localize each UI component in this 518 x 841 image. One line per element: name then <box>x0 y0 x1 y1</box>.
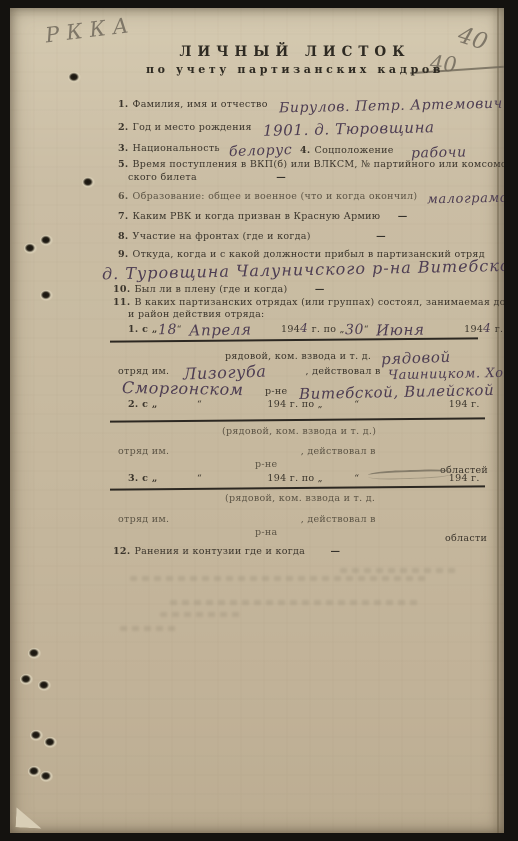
entry-1-acted-label: , действовал в <box>306 366 381 377</box>
field-3-number: 3. <box>118 143 129 154</box>
entry-2-district-label-row: р-не <box>255 459 277 470</box>
spacer <box>161 480 197 481</box>
field-9-value: д. Туровщина Чалуничского р-на Витебской… <box>102 254 504 284</box>
field-12-value: — <box>330 546 340 557</box>
punch-hole <box>82 177 95 188</box>
entry-2-year-stub2: 194 <box>449 399 468 410</box>
field-4-number: 4. <box>300 145 311 156</box>
section-divider <box>110 485 485 490</box>
field-6-label: Образование: общее и военное (что и когд… <box>133 191 418 202</box>
entry-3-district-label: р-на <box>255 527 278 538</box>
field-1-row: 1.Фамилия, имя и отчество Бирулов. Петр.… <box>118 98 504 114</box>
field-11-row: 11.В каких партизанских отрядах (или гру… <box>113 297 504 308</box>
entry-2-rank-row: (рядовой, ком. взвода и т. д.) <box>222 426 376 437</box>
field-7-number: 7. <box>118 211 129 222</box>
punch-hole <box>40 771 53 782</box>
field-7-label: Каким РВК и когда призван в Красную Арми… <box>133 211 381 222</box>
entry-3-mid: г. по „ <box>290 473 323 484</box>
section-divider <box>110 417 485 422</box>
entry-3-acted-label: , действовал в <box>301 514 376 525</box>
spacer <box>205 406 267 407</box>
spacer <box>173 453 301 454</box>
field-5-value: — <box>276 172 286 183</box>
entry-2-unit-row: отряд им. , действовал в <box>118 446 376 457</box>
punch-hole <box>38 680 51 691</box>
pencil-corner-note: РККА <box>44 13 137 48</box>
entry-2-quote2: “ <box>354 399 359 410</box>
field-2-number: 2. <box>118 122 129 133</box>
entry-1-day-from: 18 <box>157 322 176 338</box>
entry-3-region-label-row: области <box>445 533 487 544</box>
field-5-number: 5. <box>118 159 129 170</box>
spacer <box>326 480 354 481</box>
entry-1-month-to: Июня <box>376 320 425 339</box>
entry-1-month-from: Апреля <box>189 320 252 339</box>
punch-hole <box>40 235 53 246</box>
entry-3-quote2: “ <box>354 473 359 484</box>
spacer <box>255 331 281 332</box>
entry-2-prefix: 2. с „ <box>128 399 158 410</box>
entry-1-day-to: 30 <box>345 322 364 338</box>
field-1-number: 1. <box>118 99 129 110</box>
field-11-label-cont: и район действия отряда: <box>128 309 265 320</box>
field-11-row2: и район действия отряда: <box>128 309 265 320</box>
entry-2-suffix: г. <box>471 399 480 410</box>
field-8-label: Участие на фронтах (где и когда) <box>133 231 311 242</box>
entry-1-district-value: Сморгонском <box>122 378 244 399</box>
entry-1-district-label: р-не <box>265 386 287 397</box>
field-8-row: 8.Участие на фронтах (где и когда) — <box>118 231 386 242</box>
field-5-label: Время поступления в ВКП(б) или ВЛКСМ, № … <box>133 159 504 170</box>
entry-3-prefix: 3. с „ <box>128 473 158 484</box>
spacer <box>363 480 449 481</box>
field-6-number: 6. <box>118 191 129 202</box>
entry-2-district-label: р-не <box>255 459 277 470</box>
entry-1-year-hw: 4 <box>300 321 308 335</box>
field-11-number: 11. <box>113 297 130 308</box>
field-2-label: Год и место рождения <box>133 122 252 133</box>
entry-2-dates-row: 2. с „ “ 194 г. по „ “ 194 г. <box>128 399 480 410</box>
entry-3-year-stub2: 194 <box>449 473 468 484</box>
entry-2-acted-label: , действовал в <box>301 446 376 457</box>
spacer <box>173 521 301 522</box>
field-9-value-row: д. Туровщина Чалуничского р-на Витебской… <box>102 259 504 278</box>
field-2-value: 1901. д. Тюровщина <box>263 118 435 140</box>
field-1-value: Бирулов. Петр. Артемович. <box>279 96 504 117</box>
entry-2-unit-label: отряд им. <box>118 446 169 457</box>
entry-3-unit-row: отряд им. , действовал в <box>118 514 376 525</box>
torn-corner <box>15 807 42 828</box>
form-title-line1: ЛИЧНЫЙ ЛИСТОК <box>80 44 504 60</box>
paper-right-edge <box>497 8 499 833</box>
field-5-row2: ского билета — <box>128 172 286 183</box>
entry-1-year-stub2: 194 <box>464 324 483 335</box>
entry-1-mid: г. по „ <box>312 324 345 335</box>
entry-1-year-stub: 194 <box>281 324 300 335</box>
entry-3-unit-label: отряд им. <box>118 514 169 525</box>
bleed-through-stain <box>340 568 460 573</box>
form-title-line2: по учету партизанских кадров <box>80 63 504 76</box>
scanned-form-page: РККА 40 40 ЛИЧНЫЙ ЛИСТОК по учету партиз… <box>10 8 504 833</box>
spacer <box>270 373 306 374</box>
punch-hole <box>20 674 33 685</box>
entry-3-rank-label: (рядовой, ком. взвода и т. д. <box>225 493 375 504</box>
entry-1-suffix: г. <box>495 324 504 335</box>
bleed-through-stain <box>160 612 240 617</box>
entry-1-dates-row: 1. с „18“ Апреля 1944 г. по „30“ Июня 19… <box>128 321 503 339</box>
entry-2-quote: “ <box>197 399 202 410</box>
entry-1-district-row: Сморгонском р-не Витебской, Вилейской об… <box>122 379 504 401</box>
entry-3-region-label: области <box>445 533 487 544</box>
field-10-row: 10.Был ли в плену (где и когда) — <box>113 284 325 295</box>
field-7-row: 7.Каким РВК и когда призван в Красную Ар… <box>118 211 408 222</box>
field-8-number: 8. <box>118 231 129 242</box>
entry-1-prefix: 1. с „ <box>128 324 158 335</box>
field-2-row: 2.Год и место рождения 1901. д. Тюровщин… <box>118 120 435 138</box>
bleed-through-stain <box>170 600 420 605</box>
field-6-row: 6.Образование: общее и военное (что и ко… <box>118 191 504 206</box>
entry-1-quote2: “ <box>364 324 369 335</box>
entry-3-suffix: г. <box>471 473 480 484</box>
field-6-value: малограмотный. <box>427 190 504 208</box>
spacer <box>161 406 197 407</box>
form-title: ЛИЧНЫЙ ЛИСТОК по учету партизанских кадр… <box>80 44 504 76</box>
field-5-label-cont: ского билета <box>128 172 197 183</box>
entry-2-year-stub: 194 <box>267 399 286 410</box>
field-12-number: 12. <box>113 546 130 557</box>
spacer <box>363 406 449 407</box>
spacer <box>326 406 354 407</box>
field-3-label: Национальность <box>133 143 220 154</box>
field-10-number: 10. <box>113 284 130 295</box>
field-10-label: Был ли в плену (где и когда) <box>134 284 287 295</box>
field-10-value: — <box>315 284 325 295</box>
field-5-row: 5.Время поступления в ВКП(б) или ВЛКСМ, … <box>118 159 504 170</box>
bleed-through-stain <box>130 576 430 581</box>
entry-3-dates-row: 3. с „ “ 194 г. по „ “ 194 г. <box>128 473 480 484</box>
field-12-row: 12.Ранения и контузии где и когда — <box>113 546 340 557</box>
punch-hole <box>40 290 53 301</box>
entry-2-mid: г. по „ <box>290 399 323 410</box>
spacer <box>205 480 267 481</box>
spacer <box>428 331 464 332</box>
entry-1-quote: “ <box>177 324 182 335</box>
field-12-label: Ранения и контузии где и когда <box>134 546 305 557</box>
field-7-value: — <box>398 211 408 222</box>
field-1-label: Фамилия, имя и отчество <box>133 99 268 110</box>
entry-1-unit-label: отряд им. <box>118 366 169 377</box>
field-11-label: В каких партизанских отрядах (или группа… <box>134 297 504 308</box>
entry-3-year-stub: 194 <box>267 473 286 484</box>
entry-3-rank-row: (рядовой, ком. взвода и т. д. <box>225 493 375 504</box>
field-4-label: Соцположение <box>315 145 394 156</box>
entry-3-quote: “ <box>197 473 202 484</box>
punch-hole <box>24 243 37 254</box>
entry-2-rank-label: (рядовой, ком. взвода и т. д.) <box>222 426 376 437</box>
entry-1-year-hw2: 4 <box>483 321 491 335</box>
field-3-value: белорус <box>229 142 293 160</box>
bleed-through-stain <box>120 626 180 631</box>
field-8-value: — <box>376 231 386 242</box>
field-3-row: 3.Национальность белорус <box>118 143 292 159</box>
punch-hole <box>30 730 43 741</box>
entry-1-rank-label: рядовой, ком. взвода и т. д. <box>225 351 371 362</box>
punch-hole <box>28 648 41 659</box>
entry-3-district-label-row: р-на <box>255 527 278 538</box>
punch-hole <box>44 737 57 748</box>
